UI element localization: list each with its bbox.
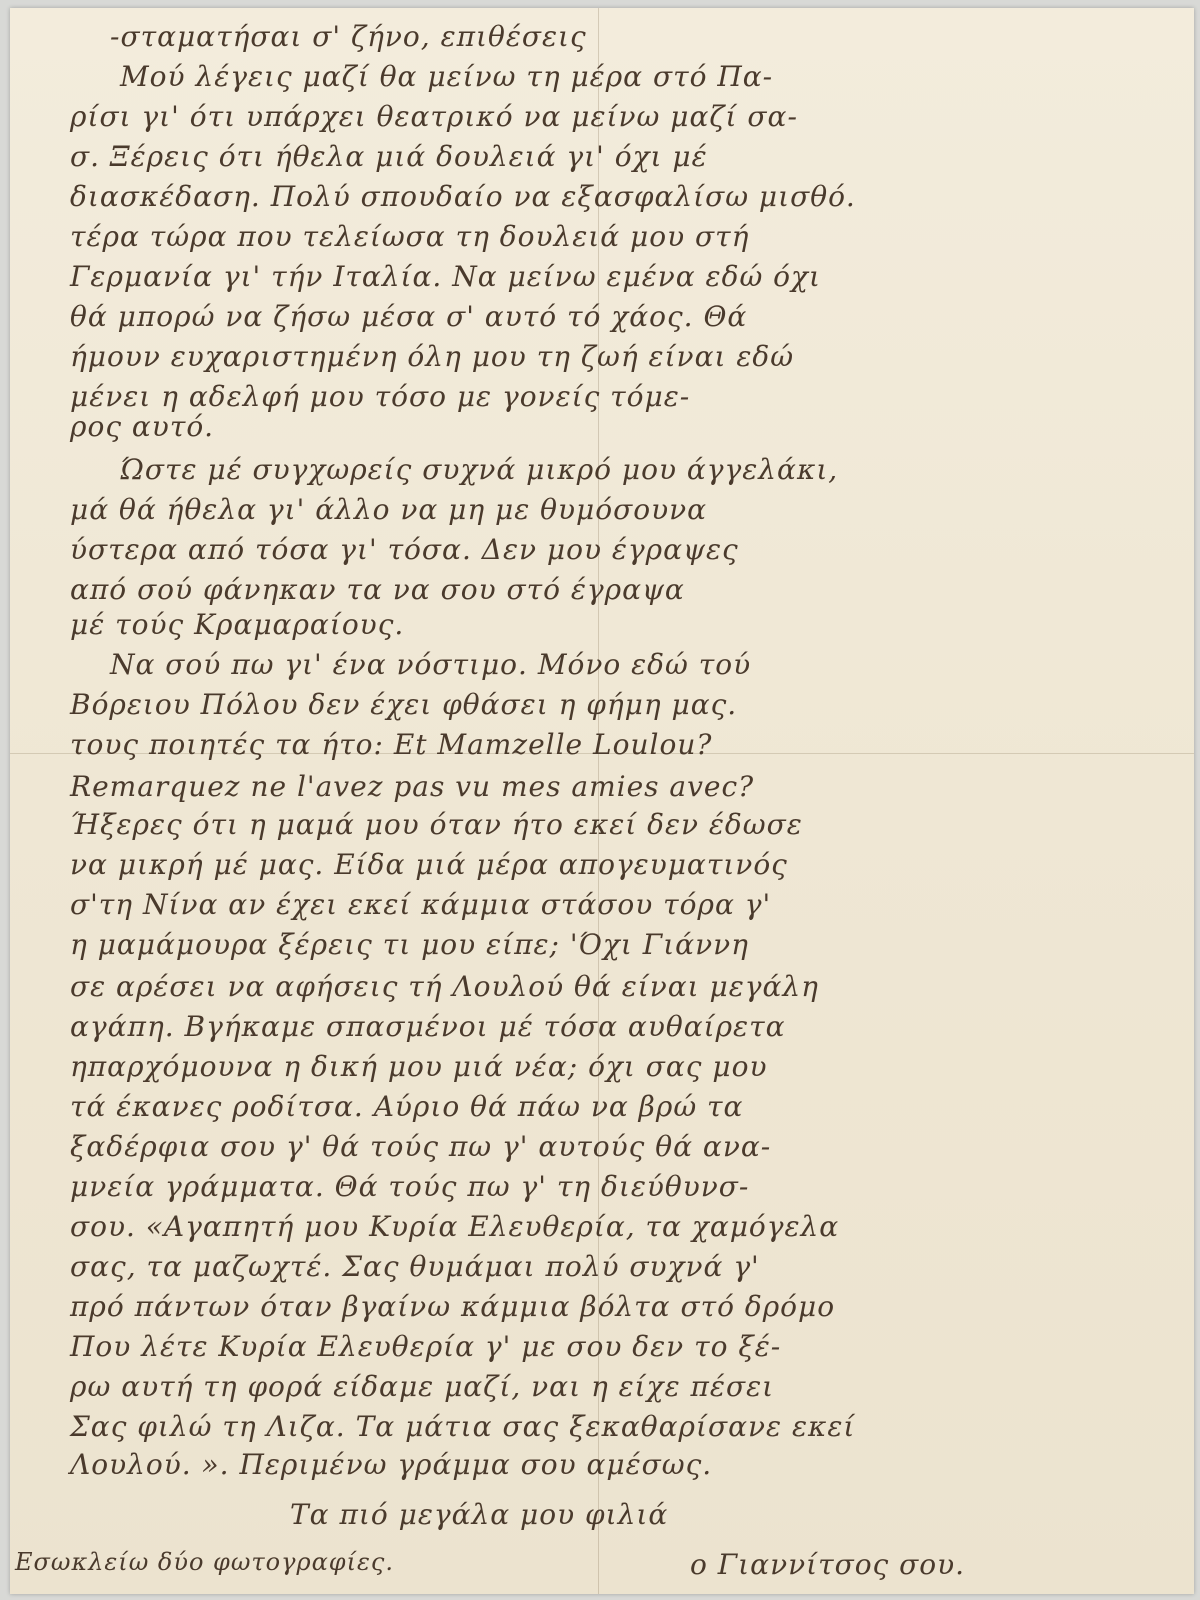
- letter-line: από σού φάνηκαν τα να σου στό έγραψα: [70, 573, 685, 606]
- letter-line: μνεία γράμματα. Θά τούς πω γ' τη διεύθυν…: [70, 1170, 749, 1203]
- letter-line: τέρα τώρα που τελείωσα τη δουλειά μου στ…: [70, 220, 749, 253]
- letter-line: Να σού πω γι' ένα νόστιμο. Μόνο εδώ τού: [110, 648, 751, 681]
- letter-line: σας, τα μαζωχτέ. Σας θυμάμαι πολύ συχνά …: [70, 1250, 760, 1283]
- letter-line: ήμουν ευχαριστημένη όλη μου τη ζωή είναι…: [70, 340, 794, 373]
- letter-line: αγάπη. Βγήκαμε σπασμένοι μέ τόσα αυθαίρε…: [70, 1010, 785, 1043]
- letter-line: ηπαρχόμουνα η δική μου μιά νέα; όχι σας …: [70, 1050, 767, 1083]
- letter-line: ρω αυτή τη φορά είδαμε μαζί, ναι η είχε …: [70, 1370, 774, 1403]
- letter-line: ύστερα από τόσα γι' τόσα. Δεν μου έγραψε…: [70, 533, 739, 566]
- letter-line: σ'τη Νίνα αν έχει εκεί κάμμια στάσου τόρ…: [70, 888, 771, 921]
- letter-line: Remarquez ne l'avez pas vu mes amies ave…: [70, 770, 754, 803]
- letter-page: -σταματήσαι σ' ζήνο, επιθέσεις Μού λέγει…: [10, 8, 1194, 1594]
- letter-line: ρος αυτό.: [70, 410, 214, 443]
- closing-line: Τα πιό μεγάλα μου φιλιά: [290, 1498, 668, 1531]
- signature: ο Γιαννίτσος σου.: [690, 1548, 965, 1581]
- letter-line: σ. Ξέρεις ότι ήθελα μιά δουλειά γι' όχι …: [70, 140, 708, 173]
- letter-line: τους ποιητές τα ήτο: Et Mamzelle Loulou?: [70, 728, 712, 761]
- letter-line: Σας φιλώ τη Λιζα. Τα μάτια σας ξεκαθαρίσ…: [70, 1410, 855, 1443]
- letter-line: Γερμανία γι' τήν Ιταλία. Να μείνω εμένα …: [70, 260, 821, 293]
- letter-line: διασκέδαση. Πολύ σπουδαίο να εξασφαλίσω …: [70, 180, 856, 213]
- letter-line: τά έκανες ροδίτσα. Αύριο θά πάω να βρώ τ…: [70, 1090, 743, 1123]
- letter-line: πρό πάντων όταν βγαίνω κάμμια βόλτα στό …: [70, 1290, 835, 1323]
- postscript: Εσωκλείω δύο φωτογραφίες.: [15, 1548, 394, 1576]
- letter-line: ρίσι γι' ότι υπάρχει θεατρικό να μείνω μ…: [70, 100, 798, 133]
- letter-line: μένει η αδελφή μου τόσο με γονείς τόμε-: [70, 380, 690, 413]
- letter-line: Ήξερες ότι η μαμά μου όταν ήτο εκεί δεν …: [70, 808, 803, 841]
- letter-line: Ώστε μέ συγχωρείς συχνά μικρό μου άγγελά…: [120, 453, 838, 486]
- letter-line: Μού λέγεις μαζί θα μείνω τη μέρα στό Πα-: [120, 60, 773, 93]
- letter-line: μέ τούς Κραμαραίους.: [70, 608, 404, 641]
- letter-line: θά μπορώ να ζήσω μέσα σ' αυτό τό χάος. Θ…: [70, 300, 747, 333]
- letter-line: Βόρειου Πόλου δεν έχει φθάσει η φήμη μας…: [70, 688, 737, 721]
- letter-line: να μικρή μέ μας. Είδα μιά μέρα απογευματ…: [70, 848, 788, 881]
- letter-line: μά θά ήθελα γι' άλλο να μη με θυμόσουνα: [70, 493, 707, 526]
- letter-line: ξαδέρφια σου γ' θά τούς πω γ' αυτούς θά …: [70, 1130, 771, 1163]
- letter-line: η μαμάμουρα ξέρεις τι μου είπε; 'Όχι Γιά…: [70, 928, 749, 961]
- letter-line: σου. «Αγαπητή μου Κυρία Ελευθερία, τα χα…: [70, 1210, 839, 1243]
- letter-line: Που λέτε Κυρία Ελευθερία γ' με σου δεν τ…: [70, 1330, 781, 1363]
- letter-line: -σταματήσαι σ' ζήνο, επιθέσεις: [110, 20, 587, 53]
- letter-line: σε αρέσει να αφήσεις τή Λουλού θά είναι …: [70, 970, 819, 1003]
- letter-line: Λουλού. ». Περιμένω γράμμα σου αμέσως.: [70, 1448, 712, 1481]
